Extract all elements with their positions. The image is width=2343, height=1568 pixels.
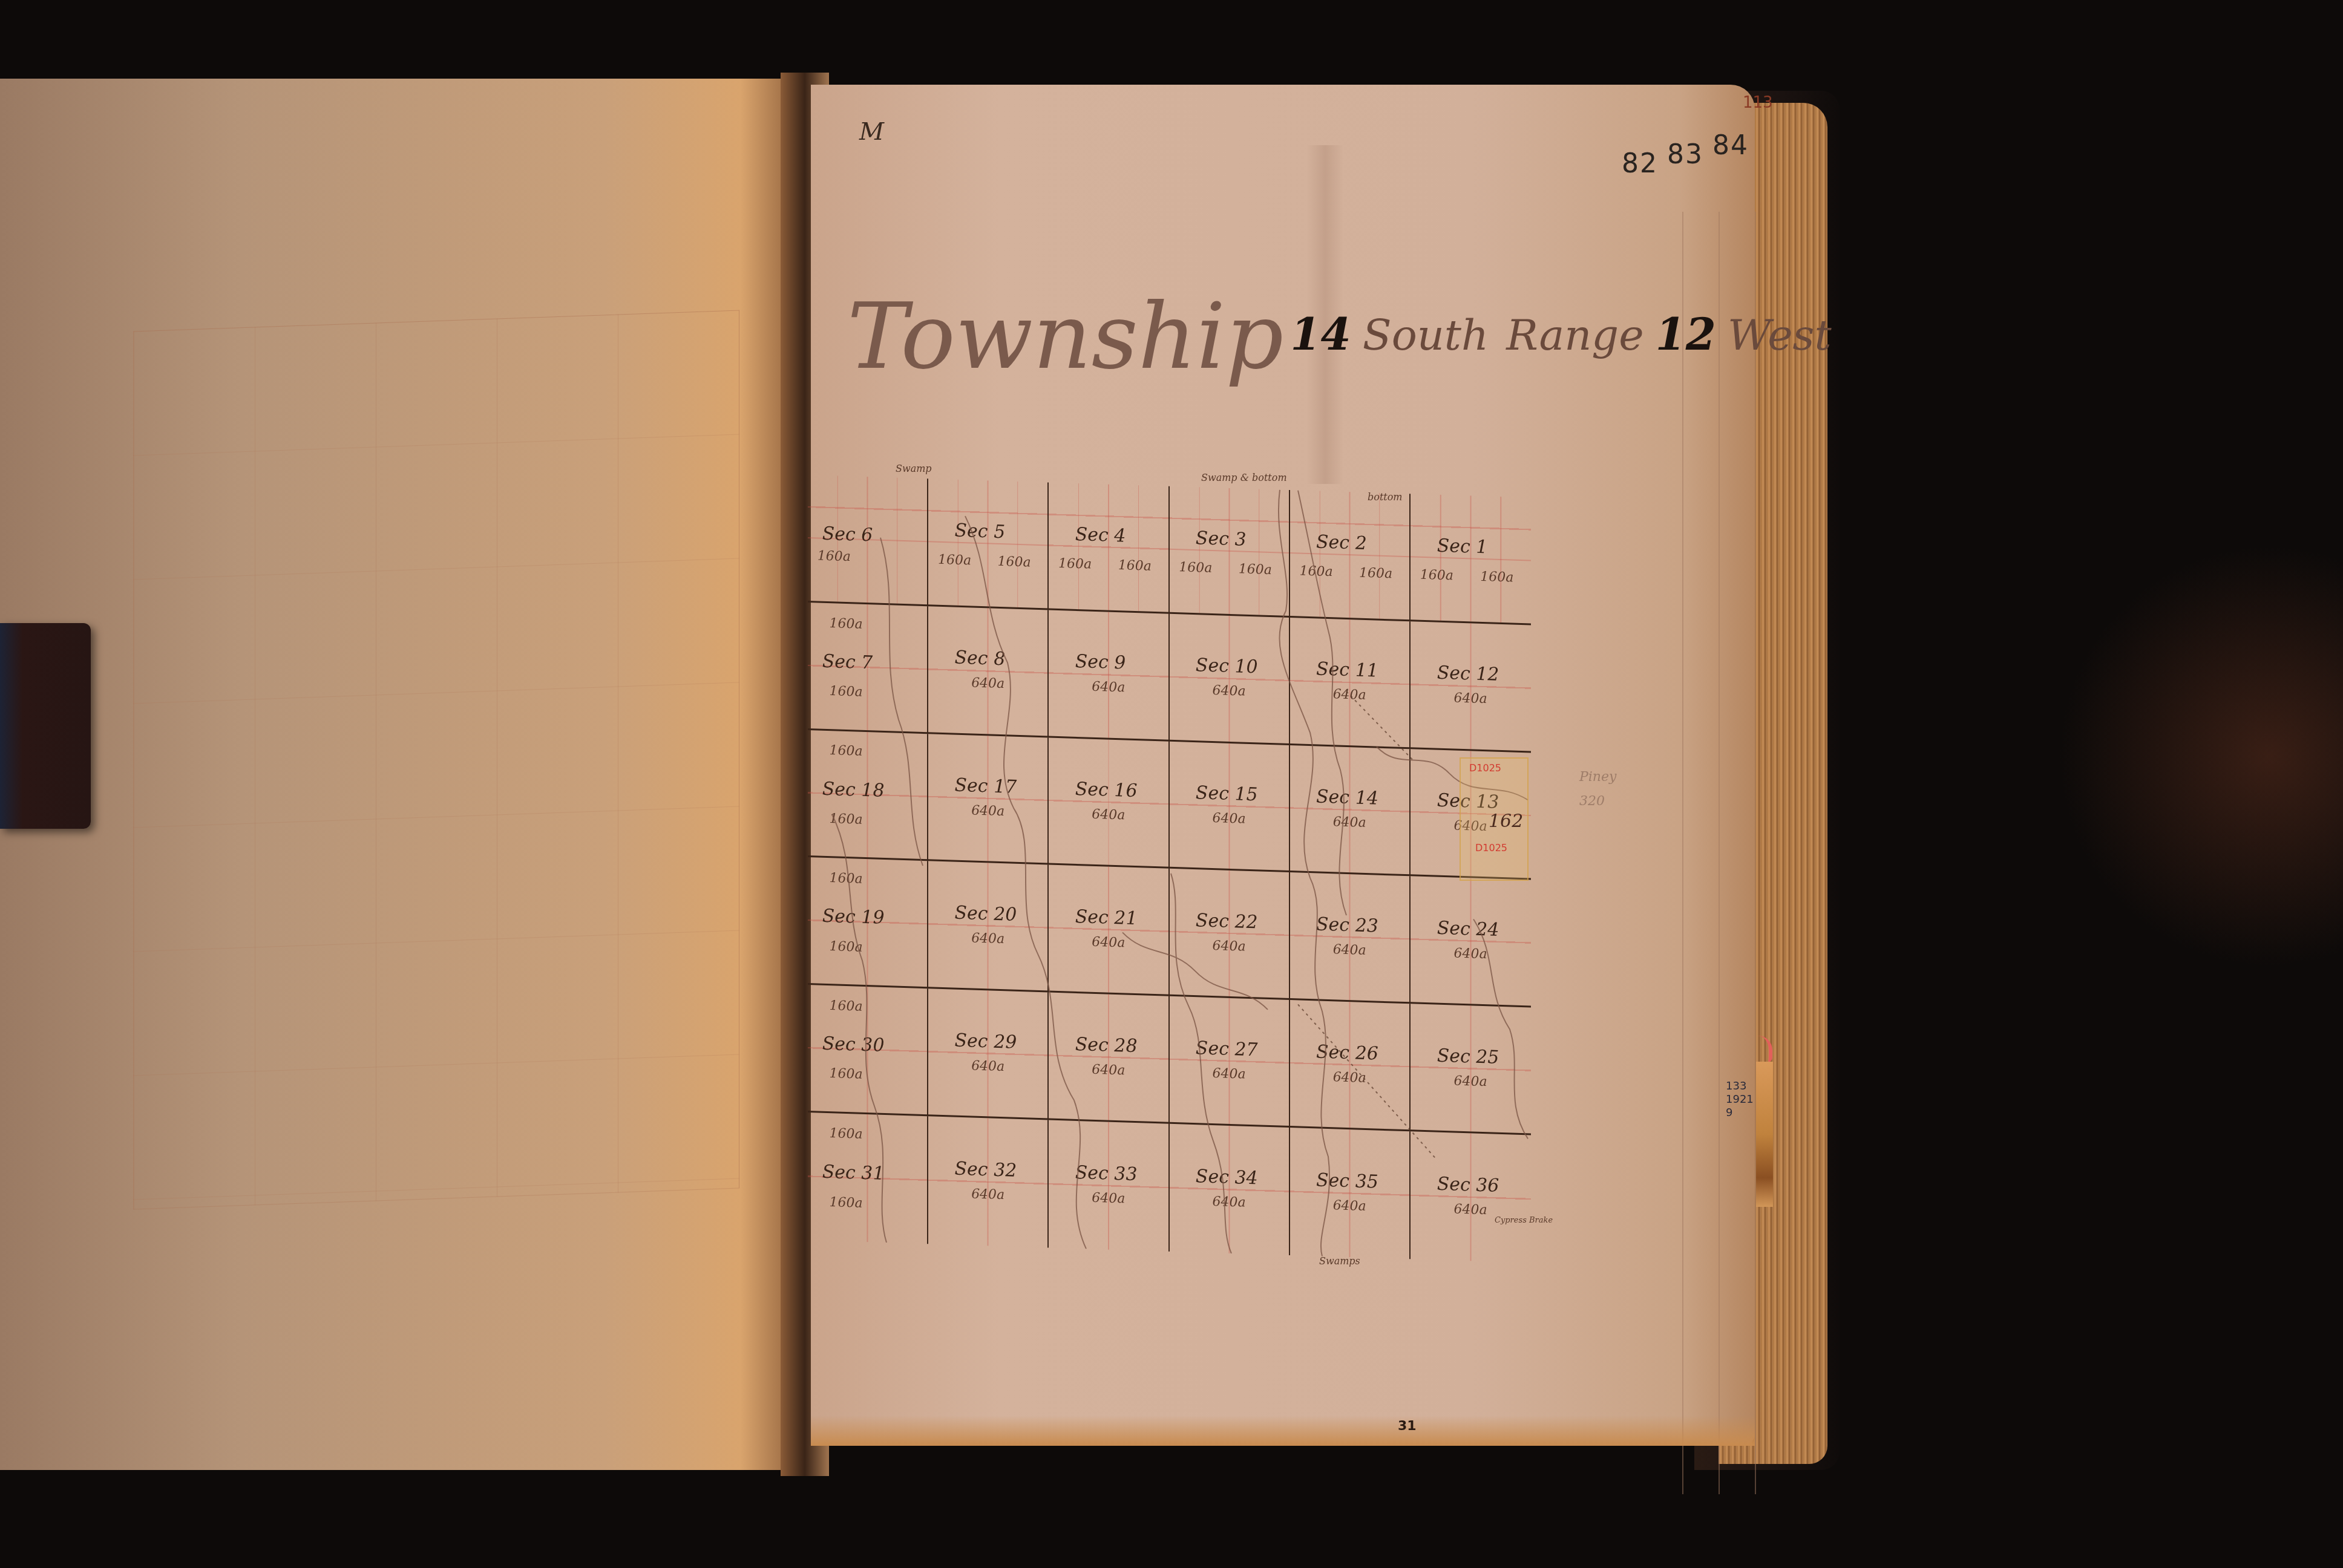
section-acreage: 160a [818,548,851,564]
section-acreage: 160a [829,939,862,955]
left-page [0,79,805,1470]
bookmark-ribbon[interactable] [1756,1062,1773,1207]
section-acreage: 640a [1212,1194,1245,1210]
plat-section-cell: Sec 23640a [1290,873,1411,1004]
section-acreage: 160a [1058,556,1092,572]
section-acreage: 640a [1092,934,1125,950]
section-label: Sec 20 [955,903,1017,926]
annotation-cypress-brake: Cypress Brake [1495,1216,1553,1225]
plat-section-cell: Sec 24640a [1411,877,1531,1008]
plat-section-cell: Sec 2160a160a [1290,490,1411,621]
section-acreage: 160a [1118,558,1152,574]
section-acreage: 640a [1454,946,1487,962]
section-acreage: 640a [971,1186,1004,1203]
section-acreage: 160a [998,554,1031,570]
background-light-glow [2057,544,2343,968]
tab-note-line: 9 [1726,1106,1754,1120]
township-plat: Sec 6160aSec 5160a160aSec 4160a160aSec 3… [808,475,1531,1263]
section-acreage: 640a [1092,679,1125,696]
section-acreage: 640a [1092,1191,1125,1207]
faint-note-line: Piney [1579,765,1616,789]
section-acreage: 640a [1212,938,1245,955]
title-range-number: 12 [1656,309,1716,360]
section-label: Sec 16 [1075,779,1138,802]
section-label: Sec 23 [1316,913,1378,936]
index-tab-number[interactable]: 83 [1667,139,1703,170]
section-acreage: 640a [1212,811,1245,827]
section-acreage: 640a [1092,1062,1125,1078]
plat-section-cell: Sec 15640a [1170,741,1290,872]
section-acreage: 160a [829,1126,862,1142]
plat-section-cell: Sec 33640a [1049,1120,1169,1252]
section-label: Sec 30 [822,1033,885,1056]
plat-section-cell: Sec 22640a [1170,869,1290,1000]
plat-section-cell: Sec 7160a160a [808,603,928,734]
section-acreage: 160a [1480,569,1513,585]
section-label: Sec 11 [1316,659,1378,682]
section-label: Sec 31 [822,1161,885,1184]
plat-section-cell: Sec 4160a160a [1049,483,1169,614]
plat-section-cell: Sec 8640a [928,606,1049,737]
title-range-direction: West [1728,310,1832,360]
plat-section-cell: Sec 21640a [1049,865,1169,996]
section-label: Sec 24 [1437,918,1499,941]
section-label: Sec 34 [1196,1166,1258,1189]
section-label: Sec 8 [955,647,1006,670]
section-acreage: 640a [1333,687,1366,703]
plat-section-cell: Sec 5160a160a [928,479,1049,610]
section-label: Sec 28 [1075,1034,1138,1057]
section-acreage: 160a [829,616,862,632]
section-acreage: 160a [829,743,862,760]
section-acreage: 160a [1359,565,1392,581]
section-acreage: 160a [938,552,971,568]
section-acreage: 160a [829,1066,862,1082]
section-label: Sec 29 [955,1030,1017,1053]
faint-note-line: 320 [1579,789,1616,814]
section-acreage: 640a [1333,814,1366,831]
section-acreage: 640a [971,930,1004,947]
section-acreage: 640a [1333,1198,1366,1214]
plat-section-cell: Sec 10640a [1170,614,1290,745]
plat-section-cell: Sec 31160a160a [808,1112,928,1244]
section-label: Sec 9 [1075,651,1126,674]
section-acreage: 160a [1239,561,1272,578]
annotation-bottom: bottom [1368,491,1403,503]
index-tab-number[interactable]: 84 [1712,130,1749,161]
section-label: Sec 5 [955,520,1006,543]
plat-section-cell: Sec 19160a160a [808,857,928,988]
section-label: Sec 6 [822,523,873,546]
section-label: Sec 36 [1437,1173,1499,1196]
section-acreage: 640a [1333,942,1366,958]
red-annotation-figure: 162 [1489,811,1523,832]
section-acreage: 640a [1212,683,1245,699]
plat-section-cell: Sec 30160a160a [808,985,928,1116]
index-tab-edge [1719,212,1720,1494]
red-annotation-top: D1025 [1469,762,1501,774]
section-label: Sec 2 [1316,531,1367,554]
section-acreage: 640a [971,803,1004,819]
plat-section-cell: Sec 3160a160a [1170,486,1290,618]
plat-section-cell: Sec 35640a [1290,1128,1411,1259]
title-township-direction: South [1363,310,1489,360]
section-acreage: 640a [1454,1202,1487,1218]
section-acreage: 640a [971,676,1004,692]
plat-section-cell: Sec 9640a [1049,610,1169,741]
title-township-number: 14 [1290,309,1351,360]
plat-section-cell: Sec 1160a160a [1411,494,1531,625]
section-grid: Sec 6160aSec 5160a160aSec 4160a160aSec 3… [808,475,1531,1263]
section-label: Sec 27 [1196,1037,1258,1060]
plat-section-cell: Sec 25640a [1411,1004,1531,1135]
section-label: Sec 10 [1196,655,1258,678]
plat-section-cell: Sec 36640a [1411,1131,1531,1263]
section-label: Sec 33 [1075,1161,1138,1184]
section-acreage: 640a [1212,1066,1245,1082]
page-edge-stain [811,1416,1755,1446]
tab-pencil-note: 133 1921 9 [1726,1080,1754,1120]
page-corner-mark: M [859,118,884,146]
section-label: Sec 3 [1196,528,1247,550]
section-acreage: 160a [1299,563,1332,580]
plat-section-cell: Sec 17640a [928,734,1049,865]
section-label: Sec 7 [822,651,873,674]
section-acreage: 640a [1454,691,1487,707]
section-label: Sec 22 [1196,910,1258,933]
section-label: Sec 18 [822,778,885,801]
plat-section-cell: Sec 6160a [808,475,928,606]
section-acreage: 160a [829,1195,862,1211]
section-label: Sec 4 [1075,523,1126,546]
section-acreage: 160a [829,998,862,1014]
plat-section-cell: Sec 26640a [1290,1000,1411,1131]
plat-section-cell: Sec 18160a160a [808,730,928,861]
plat-section-cell: Sec 34640a [1170,1124,1290,1255]
page-corner-number: 113 [1743,94,1773,112]
tab-note-line: 1921 [1726,1093,1754,1106]
section-label: Sec 26 [1316,1041,1378,1064]
annotation-swamp: Swamp [896,463,932,474]
plat-section-cell: Sec 11640a [1290,618,1411,749]
section-label: Sec 21 [1075,906,1138,929]
section-acreage: 160a [829,871,862,887]
plat-section-cell: Sec 12640a [1411,621,1531,753]
section-label: Sec 35 [1316,1169,1378,1192]
section-label: Sec 12 [1437,662,1499,685]
red-annotation-bottom: D1025 [1475,842,1507,854]
annotation-swamp-bottom: Swamp & bottom [1201,472,1287,483]
section-acreage: 160a [1420,567,1453,583]
plat-title: Township 14 South Range 12 West [847,284,1832,390]
section-acreage: 160a [829,811,862,828]
section-acreage: 160a [1179,560,1212,576]
section-label: Sec 25 [1437,1045,1499,1068]
section-label: Sec 19 [822,906,885,929]
plat-section-cell: Sec 27640a [1170,996,1290,1128]
index-tab-edge [1682,212,1683,1494]
tab-note-line: 133 [1726,1080,1754,1093]
section-acreage: 160a [829,684,862,700]
title-word-township: Township [847,284,1283,390]
plat-section-cell: Sec 29640a [928,989,1049,1120]
section-label: Sec 14 [1316,786,1378,809]
section-acreage: 640a [1454,1073,1487,1089]
section-label: Sec 15 [1196,782,1258,805]
title-word-range: Range [1506,310,1643,360]
faint-pencil-note: Piney 320 [1579,765,1616,814]
section-label: Sec 1 [1437,535,1488,558]
index-tab-edge [1755,212,1756,1494]
plat-section-cell: Sec 14640a [1290,745,1411,877]
annotation-swamps: Swamps [1319,1255,1360,1267]
plat-section-cell: Sec 20640a [928,861,1049,993]
section-label: Sec 32 [955,1158,1017,1181]
page-weight[interactable] [0,623,91,829]
left-page-bleed-grid [133,310,739,1210]
plat-section-cell: Sec 16640a [1049,737,1169,869]
section-label: Sec 17 [955,775,1017,798]
section-acreage: 640a [1092,807,1125,823]
plat-section-cell: Sec 32640a [928,1116,1049,1247]
bottom-edge-number: 31 [1398,1419,1417,1434]
plat-section-cell: Sec 28640a [1049,993,1169,1124]
section-acreage: 640a [1333,1070,1366,1086]
section-acreage: 640a [971,1058,1004,1074]
index-tab-number[interactable]: 82 [1622,148,1658,179]
